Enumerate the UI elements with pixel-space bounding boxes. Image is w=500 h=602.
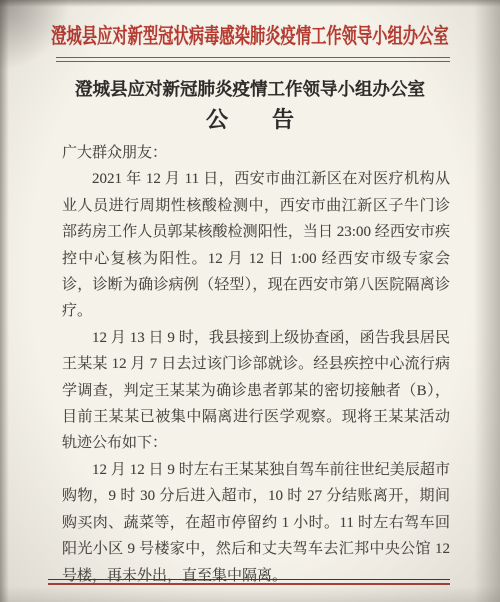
paragraph-activity-track: 12 月 12 日 9 时左右王某某独自驾车前往世纪美辰超市购物，9 时 30 … <box>62 457 450 589</box>
document-title: 澄城县应对新冠肺炎疫情工作领导小组办公室 <box>0 76 500 101</box>
notice-heading: 公 告 <box>0 103 500 134</box>
paragraph-contact-tracing: 12 月 13 日 9 时，我县接到上级协查函，函告我县居民王某某 12 月 7… <box>62 325 450 457</box>
document-photo: 澄城县应对新型冠状病毒感染肺炎疫情工作领导小组办公室 澄城县应对新冠肺炎疫情工作… <box>0 0 500 602</box>
footer-double-rule <box>48 579 450 585</box>
letterhead-title: 澄城县应对新型冠状病毒感染肺炎疫情工作领导小组办公室 <box>0 21 500 50</box>
paragraph-case-report: 2021 年 12 月 11 日，西安市曲江新区在对医疗机构从业人员进行周期性核… <box>62 166 450 324</box>
document-body: 广大群众朋友： 2021 年 12 月 11 日，西安市曲江新区在对医疗机构从业… <box>62 140 450 589</box>
salutation: 广大群众朋友： <box>62 140 450 166</box>
letterhead-double-rule <box>56 57 450 62</box>
